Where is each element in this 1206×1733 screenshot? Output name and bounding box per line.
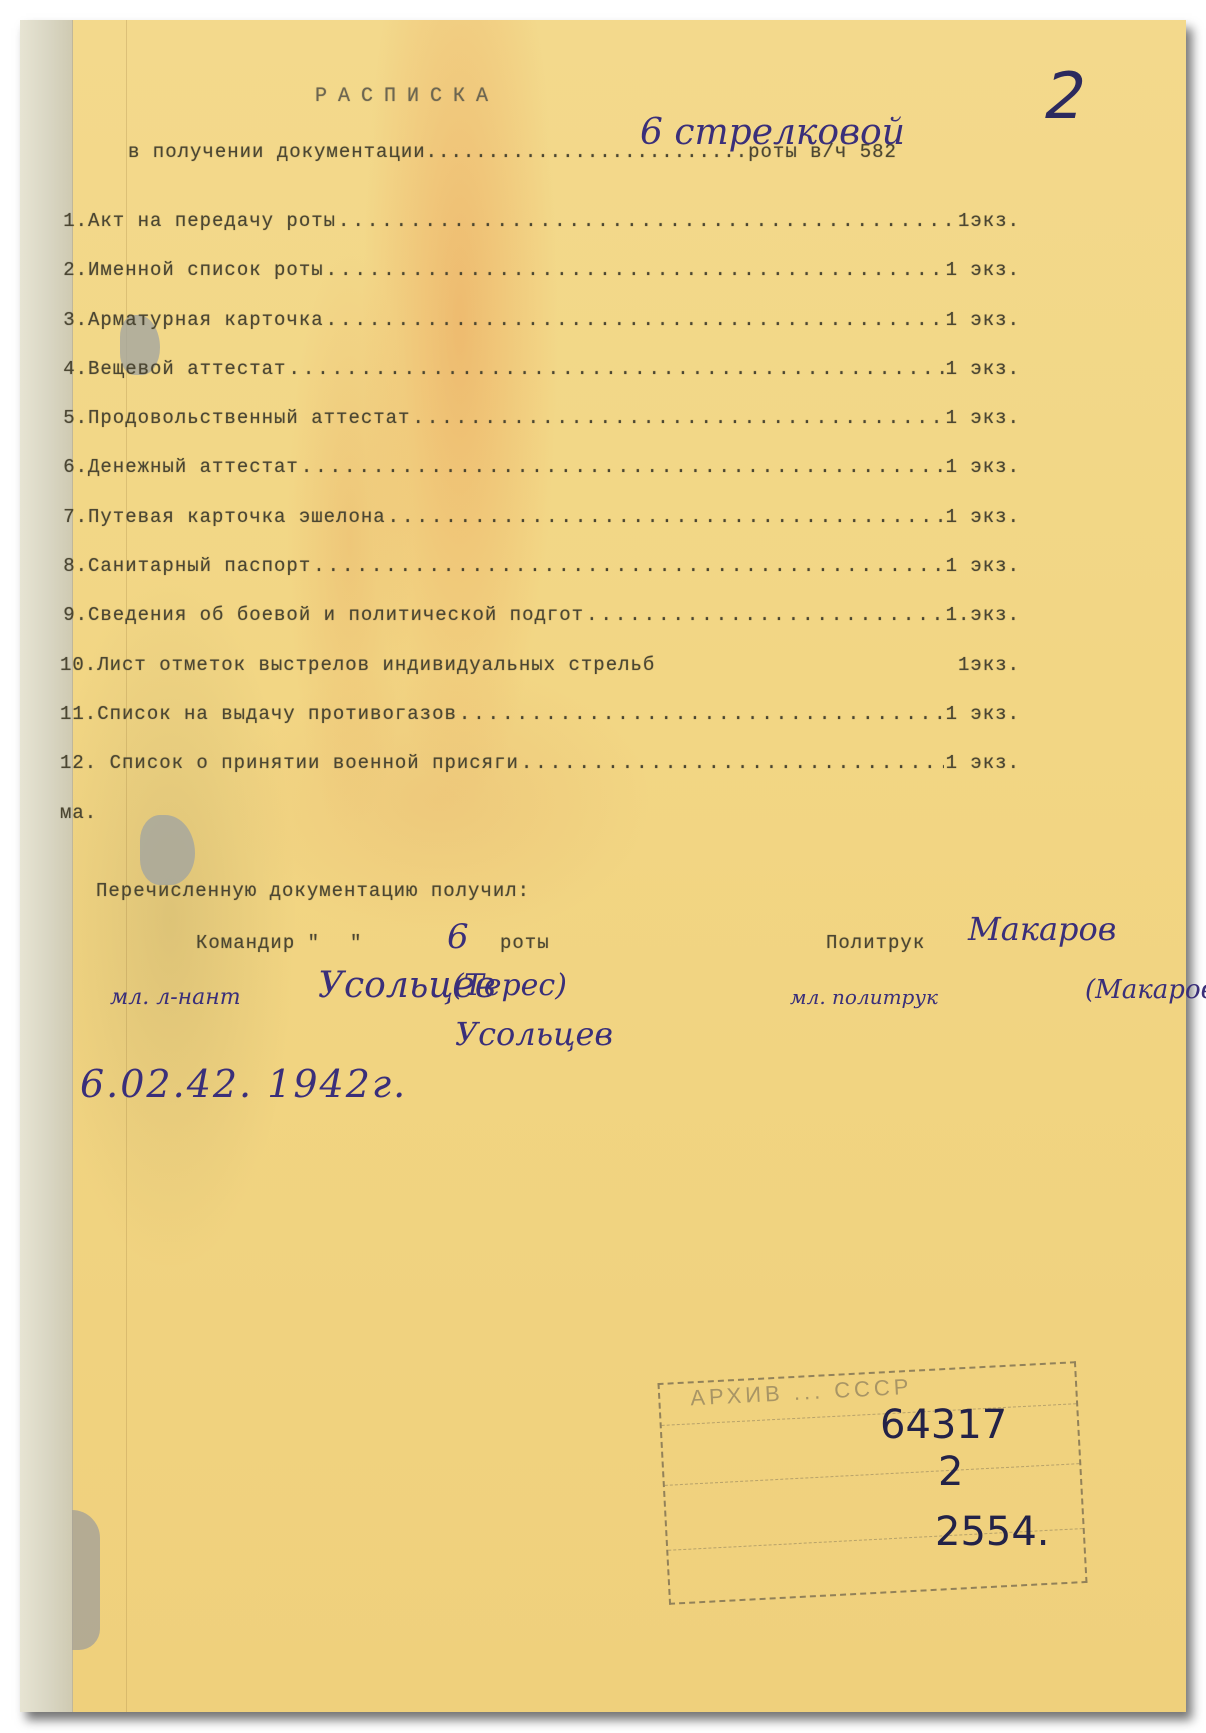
item-quantity: 1 экз.	[946, 703, 1020, 725]
item-quantity: 1 экз.	[946, 358, 1020, 380]
item-quantity: 1 экз.	[946, 309, 1020, 331]
dot-leader: ........................................…	[326, 259, 944, 281]
item-label: Лист отметок выстрелов индивидуальных ст…	[97, 654, 655, 676]
item-label: Список о принятии военной присяги	[97, 752, 519, 774]
document-date: 6.02.42. 1942г.	[80, 1062, 407, 1106]
item-label: Денежный аттестат	[88, 456, 299, 478]
item-number: 9.	[60, 604, 88, 626]
item-label: Именной список роты	[88, 259, 324, 281]
item-number: 7.	[60, 506, 88, 528]
received-statement: Перечисленную документацию получил:	[96, 880, 530, 902]
documents-list: 1.Акт на передачу роты..................…	[60, 210, 1020, 851]
archive-opis-number: 2	[938, 1452, 963, 1492]
item-label: Акт на передачу роты	[88, 210, 336, 232]
trailing-fragment: ма.	[60, 802, 97, 824]
dot-leader: ........................................…	[301, 456, 944, 478]
item-number: 5.	[60, 407, 88, 429]
list-item: 3.Арматурная карточка...................…	[60, 309, 1020, 358]
dot-leader: ........................................…	[521, 752, 944, 774]
archive-stamp: АРХИВ ... СССР	[657, 1361, 1087, 1605]
commander-label-text: Командир "	[196, 932, 320, 954]
item-label: Вещевой аттестат	[88, 358, 286, 380]
archive-delo-number: 2554.	[935, 1512, 1050, 1552]
commander-name-parenthetical: (Терес)	[452, 968, 567, 1003]
item-number: 2.	[60, 259, 88, 281]
commander-name: Усольцев	[455, 1015, 613, 1053]
dot-leader: ........................................…	[326, 309, 944, 331]
item-label: Сведения об боевой и политической подгот	[88, 604, 584, 626]
stamp-divider	[665, 1463, 1079, 1486]
item-number: 12.	[60, 752, 97, 774]
dot-leader: ........................................…	[313, 555, 943, 577]
item-label: Путевая карточка эшелона	[88, 506, 386, 528]
politruk-rank: мл. политрук	[790, 985, 938, 1009]
item-quantity: 1экз.	[958, 654, 1020, 676]
commander-rank: мл. л-нант	[110, 985, 241, 1010]
dot-leader: ........................................…	[412, 407, 943, 429]
list-item: 4.Вещевой аттестат......................…	[60, 358, 1020, 407]
commander-label: Командир ""	[196, 932, 362, 954]
list-item: 11.Список на выдачу противогазов........…	[60, 703, 1020, 752]
politruk-label: Политрук	[826, 932, 925, 954]
list-item: 9.Сведения об боевой и политической подг…	[60, 604, 1020, 653]
dot-leader: ........................................…	[388, 506, 944, 528]
item-quantity: 1 экз.	[946, 259, 1020, 281]
tape-stain	[72, 1510, 100, 1650]
list-item: 6.Денежный аттестат.....................…	[60, 456, 1020, 505]
item-label: Список на выдачу противогазов	[97, 703, 457, 725]
commander-company-number: 6	[447, 917, 469, 957]
dot-leader: ........................................…	[338, 210, 956, 232]
company-handwritten: 6 стрелковой	[640, 112, 905, 153]
item-quantity: 1 экз.	[946, 407, 1020, 429]
document-title: РАСПИСКА	[315, 85, 499, 108]
list-item: 7.Путевая карточка эшелона..............…	[60, 506, 1020, 555]
item-quantity: 1 экз.	[946, 506, 1020, 528]
subtitle-prefix: в получении документации	[128, 141, 426, 163]
item-label: Продовольственный аттестат	[88, 407, 410, 429]
dot-leader: ........................................…	[586, 604, 944, 626]
item-quantity: 1 экз.	[946, 555, 1020, 577]
item-number: 8.	[60, 555, 88, 577]
company-word: роты	[500, 932, 550, 954]
item-number: 3.	[60, 309, 88, 331]
item-quantity: 1.экз.	[946, 604, 1020, 626]
item-number: 11.	[60, 703, 97, 725]
list-item: 10.Лист отметок выстрелов индивидуальных…	[60, 654, 1020, 703]
trailing-fragment-row: ма.	[60, 802, 1020, 851]
commander-label-close: "	[350, 932, 362, 954]
item-number: 1.	[60, 210, 88, 232]
list-item: 12. Список о принятии военной присяги...…	[60, 752, 1020, 801]
item-quantity: 1экз.	[958, 210, 1020, 232]
archive-fond-number: 64317	[880, 1405, 1007, 1445]
item-quantity: 1 экз.	[946, 752, 1020, 774]
item-label: Арматурная карточка	[88, 309, 324, 331]
dot-leader: ........................................…	[288, 358, 943, 380]
item-label: Санитарный паспорт	[88, 555, 311, 577]
item-number: 6.	[60, 456, 88, 478]
politruk-name-parenthetical: (Макаров	[1085, 975, 1206, 1005]
list-item: 1.Акт на передачу роты..................…	[60, 210, 1020, 259]
politruk-signature: Макаров	[968, 910, 1116, 948]
list-item: 2.Именной список роты...................…	[60, 259, 1020, 308]
list-item: 5.Продовольственный аттестат............…	[60, 407, 1020, 456]
dot-leader: ........................................…	[459, 703, 944, 725]
item-quantity: 1 экз.	[946, 456, 1020, 478]
item-number: 4.	[60, 358, 88, 380]
list-item: 8.Санитарный паспорт....................…	[60, 555, 1020, 604]
item-number: 10.	[60, 654, 97, 676]
